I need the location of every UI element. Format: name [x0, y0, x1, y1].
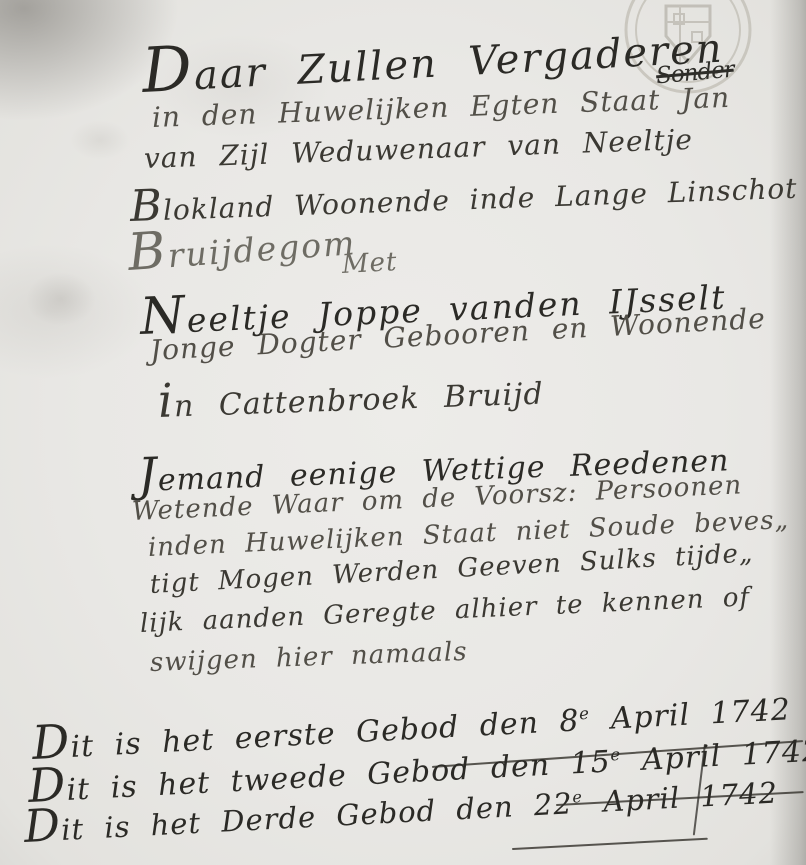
groom-line-residence: Blokland Woonende inde Lange Linschot [129, 163, 798, 230]
connector-met: Met [341, 249, 398, 278]
groom-label-bruijdegom: Bruijdegom [126, 212, 357, 279]
bride-line-residence: in Cattenbroek Bruijd [157, 365, 544, 425]
proclamation-line-6: swijgen hier namaals [150, 639, 468, 676]
groom-line-name: van Zijl Weduwenaar van Neeltje [144, 126, 694, 173]
paper-stain [26, 272, 96, 326]
paper-stain [70, 120, 130, 160]
bann-date: April 1742 [582, 776, 779, 820]
manuscript-page: Daar Zullen Vergaderen Sonder in den Huw… [0, 0, 806, 865]
flourish-underline [512, 838, 708, 850]
